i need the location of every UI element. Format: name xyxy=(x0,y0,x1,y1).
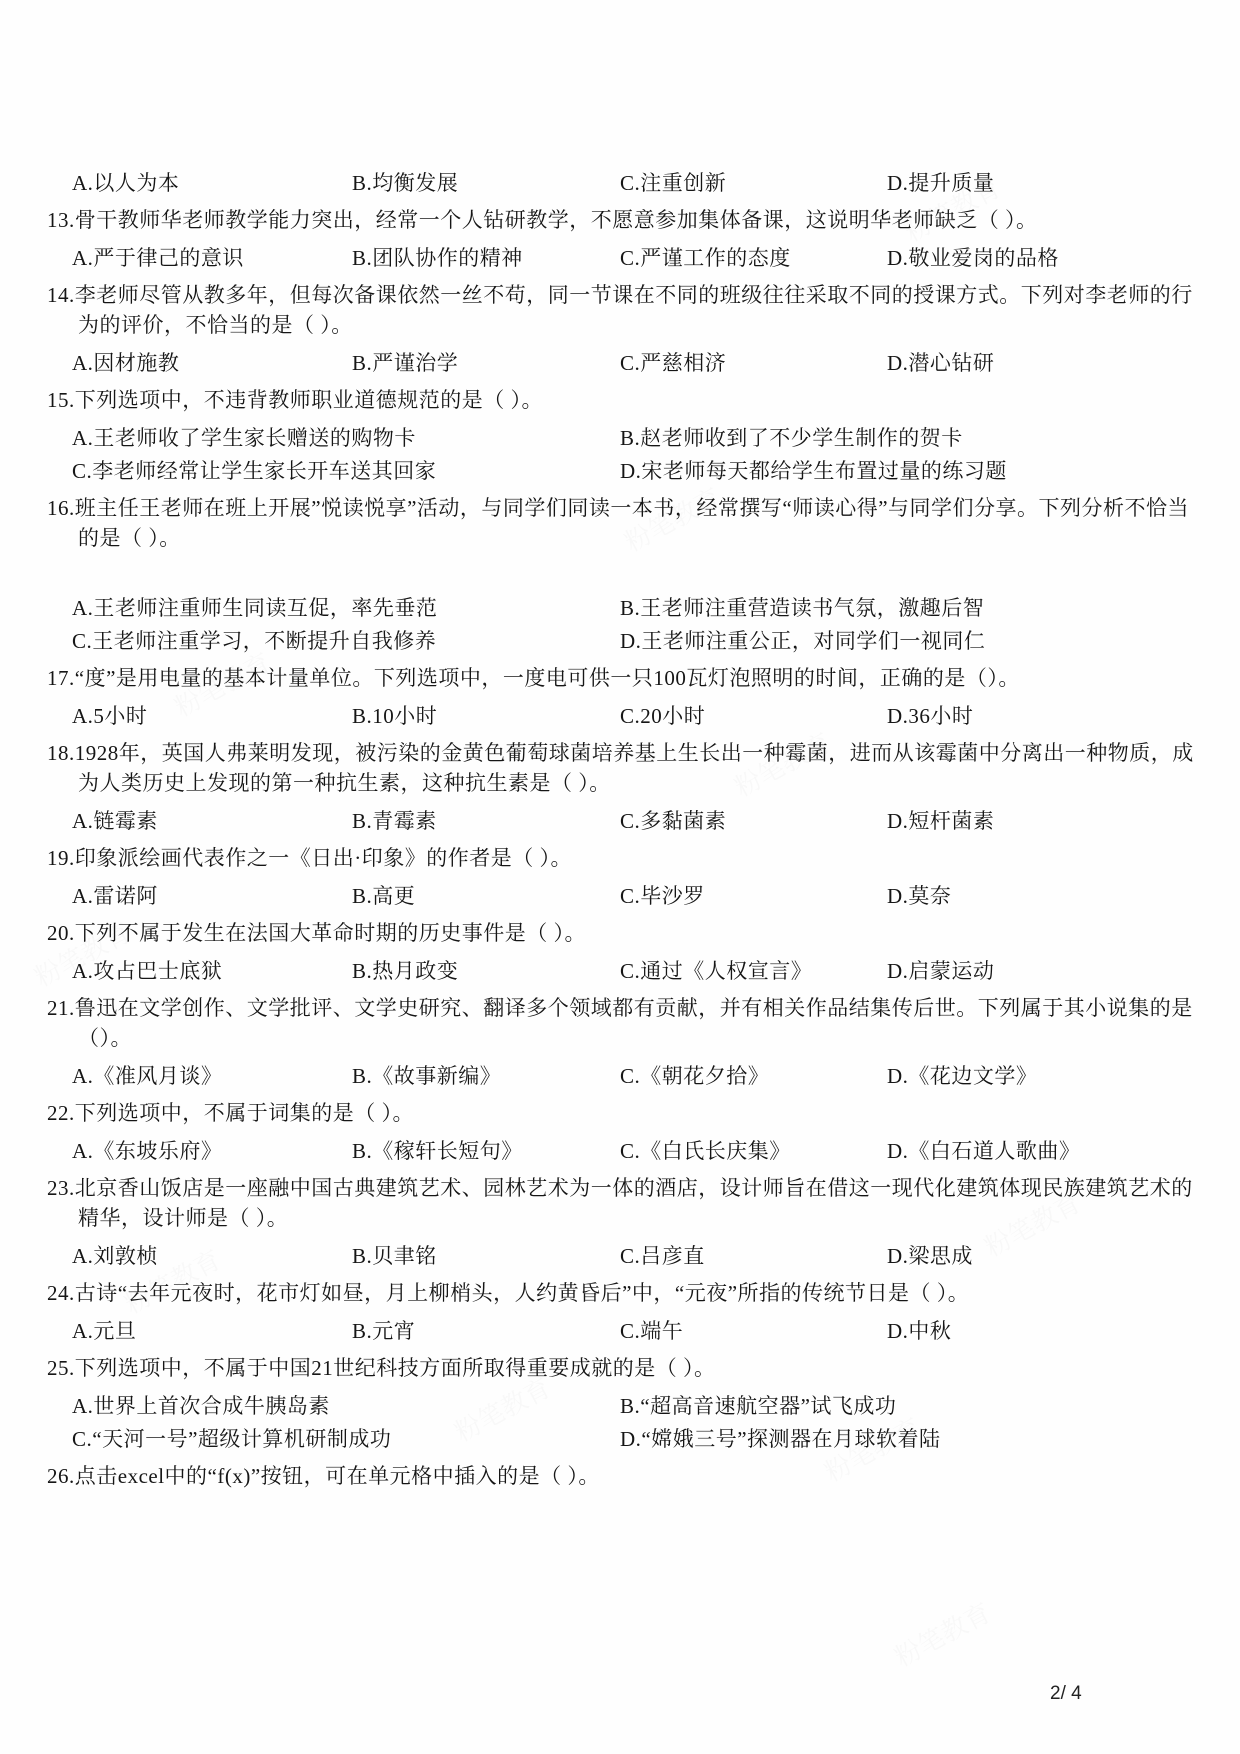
options-row: A.元旦 B.元宵 C.端午 D.中秋 xyxy=(72,1316,1196,1346)
answer-option-d: D.《花边文学》 xyxy=(887,1061,1196,1091)
answer-option-c: C.通过《人权宣言》 xyxy=(620,956,887,986)
answer-option-c: C.20小时 xyxy=(620,701,887,731)
options-row: A.5小时 B.10小时 C.20小时 D.36小时 xyxy=(72,701,1196,731)
options-row: A.严于律己的意识 B.团队协作的精神 C.严谨工作的态度 D.敬业爱岗的品格 xyxy=(72,243,1196,273)
question-stem: 26.点击excel中的“f(x)”按钮，可在单元格中插入的是（ ）。 xyxy=(47,1461,1196,1491)
answer-option-b: B.10小时 xyxy=(352,701,620,731)
page-number: 2/ 4 xyxy=(1050,1683,1082,1705)
question-block: 14.李老师尽管从教多年，但每次备课依然一丝不苟，同一节课在不同的班级往往采取不… xyxy=(47,280,1196,378)
answer-option-b: B.高更 xyxy=(352,881,620,911)
answer-option-a: A.元旦 xyxy=(72,1316,352,1346)
answer-option-a: A.《准风月谈》 xyxy=(72,1061,352,1091)
answer-option-c: C.端午 xyxy=(620,1316,887,1346)
answer-option-c: C.《朝花夕拾》 xyxy=(620,1061,887,1091)
answer-option-a: A.严于律己的意识 xyxy=(72,243,352,273)
question-block: A.以人为本 B.均衡发展 C.注重创新 D.提升质量 xyxy=(47,168,1196,198)
question-stem: 18.1928年，英国人弗莱明发现，被污染的金黄色葡萄球菌培养基上生长出一种霉菌… xyxy=(47,738,1196,798)
answer-option-a: A.《东坡乐府》 xyxy=(72,1136,352,1166)
answer-option-a: A.攻占巴士底狱 xyxy=(72,956,352,986)
options-row: A.因材施教 B.严谨治学 C.严慈相济 D.潜心钻研 xyxy=(72,348,1196,378)
answer-option-a: A.5小时 xyxy=(72,701,352,731)
answer-option-a: A.雷诺阿 xyxy=(72,881,352,911)
answer-option-b: B.贝聿铭 xyxy=(352,1241,620,1271)
answer-option-d: D.《白石道人歌曲》 xyxy=(887,1136,1196,1166)
options-row: A.王老师收了学生家长赠送的购物卡 B.赵老师收到了不少学生制作的贺卡 C.李老… xyxy=(72,423,1196,486)
question-block: 21.鲁迅在文学创作、文学批评、文学史研究、翻译多个领域都有贡献，并有相关作品结… xyxy=(47,993,1196,1091)
question-block: 19.印象派绘画代表作之一《日出·印象》的作者是（ ）。 A.雷诺阿 B.高更 … xyxy=(47,843,1196,911)
question-block: 15.下列选项中，不违背教师职业道德规范的是（ ）。 A.王老师收了学生家长赠送… xyxy=(47,385,1196,486)
answer-option-b: B.元宵 xyxy=(352,1316,620,1346)
answer-option-d: D.王老师注重公正，对同学们一视同仁 xyxy=(620,626,1196,656)
question-block: 20.下列不属于发生在法国大革命时期的历史事件是（ ）。 A.攻占巴士底狱 B.… xyxy=(47,918,1196,986)
question-stem: 21.鲁迅在文学创作、文学批评、文学史研究、翻译多个领域都有贡献，并有相关作品结… xyxy=(47,993,1196,1053)
answer-option-d: D.敬业爱岗的品格 xyxy=(887,243,1196,273)
answer-option-d: D.梁思成 xyxy=(887,1241,1196,1271)
answer-option-d: D.潜心钻研 xyxy=(887,348,1196,378)
answer-option-b: B.均衡发展 xyxy=(352,168,620,198)
answer-option-b: B.《故事新编》 xyxy=(352,1061,620,1091)
answer-option-d: D.“嫦娥三号”探测器在月球软着陆 xyxy=(620,1424,1196,1454)
exam-page: 粉笔教育粉笔教育粉笔教育粉笔教育粉笔教育粉笔教育粉笔教育粉笔教育粉笔教育粉笔教育… xyxy=(0,0,1240,1754)
answer-option-c: C.多黏菌素 xyxy=(620,806,887,836)
question-block: 13.骨干教师华老师教学能力突出，经常一个人钻研教学，不愿意参加集体备课，这说明… xyxy=(47,205,1196,273)
answer-option-b: B.“超高音速航空器”试飞成功 xyxy=(620,1391,1196,1421)
question-stem: 15.下列选项中，不违背教师职业道德规范的是（ ）。 xyxy=(47,385,1196,415)
answer-option-a: A.世界上首次合成牛胰岛素 xyxy=(72,1391,620,1421)
answer-option-c: C.吕彦直 xyxy=(620,1241,887,1271)
answer-option-b: B.严谨治学 xyxy=(352,348,620,378)
options-row: A.刘敦桢 B.贝聿铭 C.吕彦直 D.梁思成 xyxy=(72,1241,1196,1271)
answer-option-d: D.宋老师每天都给学生布置过量的练习题 xyxy=(620,456,1196,486)
question-block: 17.“度”是用电量的基本计量单位。下列选项中，一度电可供一只100瓦灯泡照明的… xyxy=(47,663,1196,731)
question-block: 18.1928年，英国人弗莱明发现，被污染的金黄色葡萄球菌培养基上生长出一种霉菌… xyxy=(47,738,1196,836)
answer-option-a: A.刘敦桢 xyxy=(72,1241,352,1271)
question-stem: 16.班主任王老师在班上开展”悦读悦享”活动，与同学们同读一本书，经常撰写“师读… xyxy=(47,493,1196,553)
options-row: A.攻占巴士底狱 B.热月政变 C.通过《人权宣言》 D.启蒙运动 xyxy=(72,956,1196,986)
answer-option-d: D.36小时 xyxy=(887,701,1196,731)
answer-option-d: D.莫奈 xyxy=(887,881,1196,911)
answer-option-d: D.短杆菌素 xyxy=(887,806,1196,836)
question-stem: 14.李老师尽管从教多年，但每次备课依然一丝不苟，同一节课在不同的班级往往采取不… xyxy=(47,280,1196,340)
answer-option-a: A.因材施教 xyxy=(72,348,352,378)
question-stem: 25.下列选项中，不属于中国21世纪科技方面所取得重要成就的是（ ）。 xyxy=(47,1353,1196,1383)
question-block: 16.班主任王老师在班上开展”悦读悦享”活动，与同学们同读一本书，经常撰写“师读… xyxy=(47,493,1196,656)
answer-option-b: B.赵老师收到了不少学生制作的贺卡 xyxy=(620,423,1196,453)
answer-option-b: B.团队协作的精神 xyxy=(352,243,620,273)
question-block: 24.古诗“去年元夜时，花市灯如昼，月上柳梢头，人约黄昏后”中，“元夜”所指的传… xyxy=(47,1278,1196,1346)
question-block: 25.下列选项中，不属于中国21世纪科技方面所取得重要成就的是（ ）。 A.世界… xyxy=(47,1353,1196,1454)
options-row: A.世界上首次合成牛胰岛素 B.“超高音速航空器”试飞成功 C.“天河一号”超级… xyxy=(72,1391,1196,1454)
options-row: A.王老师注重师生同读互促，率先垂范 B.王老师注重营造读书气氛，激趣后智 C.… xyxy=(72,593,1196,656)
question-stem: 24.古诗“去年元夜时，花市灯如昼，月上柳梢头，人约黄昏后”中，“元夜”所指的传… xyxy=(47,1278,1196,1308)
answer-option-c: C.严慈相济 xyxy=(620,348,887,378)
options-row: A.雷诺阿 B.高更 C.毕沙罗 D.莫奈 xyxy=(72,881,1196,911)
answer-option-a: A.以人为本 xyxy=(72,168,352,198)
question-stem: 23.北京香山饭店是一座融中国古典建筑艺术、园林艺术为一体的酒店，设计师旨在借这… xyxy=(47,1173,1196,1233)
options-row: A.《准风月谈》 B.《故事新编》 C.《朝花夕拾》 D.《花边文学》 xyxy=(72,1061,1196,1091)
question-stem: 17.“度”是用电量的基本计量单位。下列选项中，一度电可供一只100瓦灯泡照明的… xyxy=(47,663,1196,693)
options-row: A.链霉素 B.青霉素 C.多黏菌素 D.短杆菌素 xyxy=(72,806,1196,836)
answer-option-b: B.热月政变 xyxy=(352,956,620,986)
answer-option-c: C.注重创新 xyxy=(620,168,887,198)
question-stem: 22.下列选项中，不属于词集的是（ ）。 xyxy=(47,1098,1196,1128)
question-stem: 20.下列不属于发生在法国大革命时期的历史事件是（ ）。 xyxy=(47,918,1196,948)
answer-option-b: B.《稼轩长短句》 xyxy=(352,1136,620,1166)
question-block: 22.下列选项中，不属于词集的是（ ）。 A.《东坡乐府》 B.《稼轩长短句》 … xyxy=(47,1098,1196,1166)
answer-option-b: B.王老师注重营造读书气氛，激趣后智 xyxy=(620,593,1196,623)
answer-option-a: A.王老师收了学生家长赠送的购物卡 xyxy=(72,423,620,453)
answer-option-c: C.李老师经常让学生家长开车送其回家 xyxy=(72,456,620,486)
answer-option-c: C.王老师注重学习，不断提升自我修养 xyxy=(72,626,620,656)
answer-option-d: D.中秋 xyxy=(887,1316,1196,1346)
question-stem: 13.骨干教师华老师教学能力突出，经常一个人钻研教学，不愿意参加集体备课，这说明… xyxy=(47,205,1196,235)
answer-option-d: D.启蒙运动 xyxy=(887,956,1196,986)
options-row: A.以人为本 B.均衡发展 C.注重创新 D.提升质量 xyxy=(72,168,1196,198)
question-block: 23.北京香山饭店是一座融中国古典建筑艺术、园林艺术为一体的酒店，设计师旨在借这… xyxy=(47,1173,1196,1271)
answer-option-c: C.严谨工作的态度 xyxy=(620,243,887,273)
answer-option-b: B.青霉素 xyxy=(352,806,620,836)
answer-option-c: C.《白氏长庆集》 xyxy=(620,1136,887,1166)
options-row: A.《东坡乐府》 B.《稼轩长短句》 C.《白氏长庆集》 D.《白石道人歌曲》 xyxy=(72,1136,1196,1166)
watermark: 粉笔教育 xyxy=(887,1593,996,1675)
answer-option-c: C.毕沙罗 xyxy=(620,881,887,911)
answer-option-a: A.王老师注重师生同读互促，率先垂范 xyxy=(72,593,620,623)
answer-option-d: D.提升质量 xyxy=(887,168,1196,198)
answer-option-a: A.链霉素 xyxy=(72,806,352,836)
questions-area: A.以人为本 B.均衡发展 C.注重创新 D.提升质量 13.骨干教师华老师教学… xyxy=(47,160,1196,1491)
question-block: 26.点击excel中的“f(x)”按钮，可在单元格中插入的是（ ）。 xyxy=(47,1461,1196,1491)
question-stem: 19.印象派绘画代表作之一《日出·印象》的作者是（ ）。 xyxy=(47,843,1196,873)
answer-option-c: C.“天河一号”超级计算机研制成功 xyxy=(72,1424,620,1454)
